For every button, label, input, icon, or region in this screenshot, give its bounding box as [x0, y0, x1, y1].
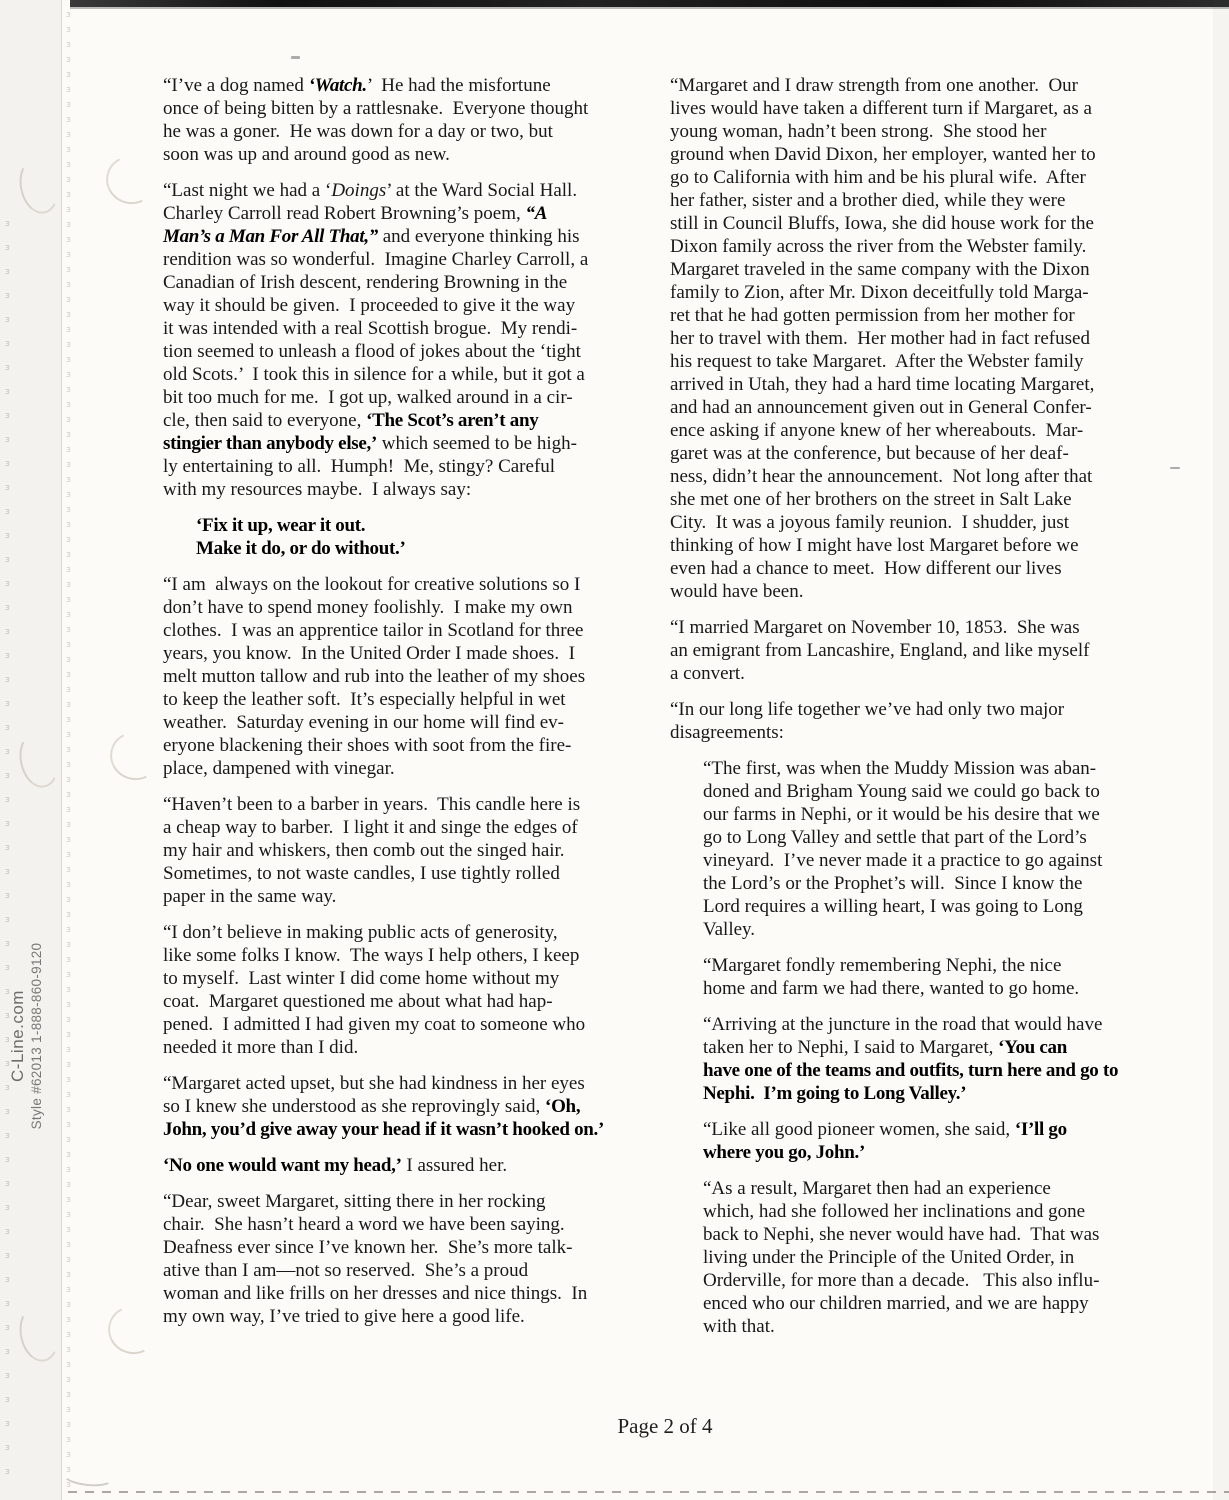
paragraph: “Last night we had a ‘Doings’ at the War… — [163, 179, 703, 501]
paragraph: “I’ve a dog named ‘Watch.’ He had the mi… — [163, 74, 703, 166]
text-column-right: “Margaret and I draw strength from one a… — [670, 74, 1215, 1351]
paragraph: “In our long life together we’ve had onl… — [670, 698, 1215, 744]
scan-right-streak — [1213, 0, 1229, 1500]
binder-hole — [102, 1299, 164, 1360]
sleeve-style-text: Style #62013 1-888-860-9120 — [28, 926, 46, 1146]
sleeve-branding: C-Line.com Style #62013 1-888-860-9120 — [8, 926, 52, 1146]
paragraph: “Dear, sweet Margaret, sitting there in … — [163, 1190, 703, 1328]
document-page: ɜ ɜ ɜ ɜ ɜ ɜ ɜ ɜ ɜ ɜ ɜ ɜ ɜ ɜ ɜ ɜ ɜ ɜ ɜ ɜ … — [0, 0, 1229, 1500]
sleeve-bottom-seam — [68, 1491, 1229, 1493]
paragraph: “Arriving at the juncture in the road th… — [670, 1013, 1215, 1105]
page-number: Page 2 of 4 — [560, 1414, 770, 1439]
paragraph: “Like all good pioneer women, she said, … — [670, 1118, 1215, 1164]
binder-hole — [100, 149, 162, 210]
binder-hole — [104, 725, 166, 786]
paragraph: “I am always on the lookout for creative… — [163, 573, 703, 780]
paragraph: “Margaret fondly remembering Nephi, the … — [670, 954, 1215, 1000]
paragraph: “I don’t believe in making public acts o… — [163, 921, 703, 1059]
paragraph: “Margaret acted upset, but she had kindn… — [163, 1072, 703, 1141]
paragraph: “I married Margaret on November 10, 1853… — [670, 616, 1215, 685]
scan-top-edge — [70, 0, 1229, 7]
scan-top-edge-shadow — [70, 7, 1229, 9]
paragraph: ‘No one would want my head,’ I assured h… — [163, 1154, 703, 1177]
scan-artifact — [291, 56, 300, 59]
paragraph: “Haven’t been to a barber in years. This… — [163, 793, 703, 908]
sleeve-brand-text: C-Line.com — [8, 926, 28, 1146]
scan-artifact — [1170, 467, 1180, 469]
text-column-left: “I’ve a dog named ‘Watch.’ He had the mi… — [163, 74, 703, 1341]
paragraph: “As a result, Margaret then had an exper… — [670, 1177, 1215, 1338]
sleeve-edge-texture: ɜ ɜ ɜ ɜ ɜ ɜ ɜ ɜ ɜ ɜ ɜ ɜ ɜ ɜ ɜ ɜ ɜ ɜ ɜ ɜ … — [5, 212, 10, 1484]
paragraph: ‘Fix it up, wear it out. Make it do, or … — [163, 514, 703, 560]
paragraph: “Margaret and I draw strength from one a… — [670, 74, 1215, 603]
sleeve-edge-texture: ɜ ɜ ɜ ɜ ɜ ɜ ɜ ɜ ɜ ɜ ɜ ɜ ɜ ɜ ɜ ɜ ɜ ɜ ɜ ɜ … — [66, 8, 71, 1493]
paragraph: “The first, was when the Muddy Mission w… — [670, 757, 1215, 941]
